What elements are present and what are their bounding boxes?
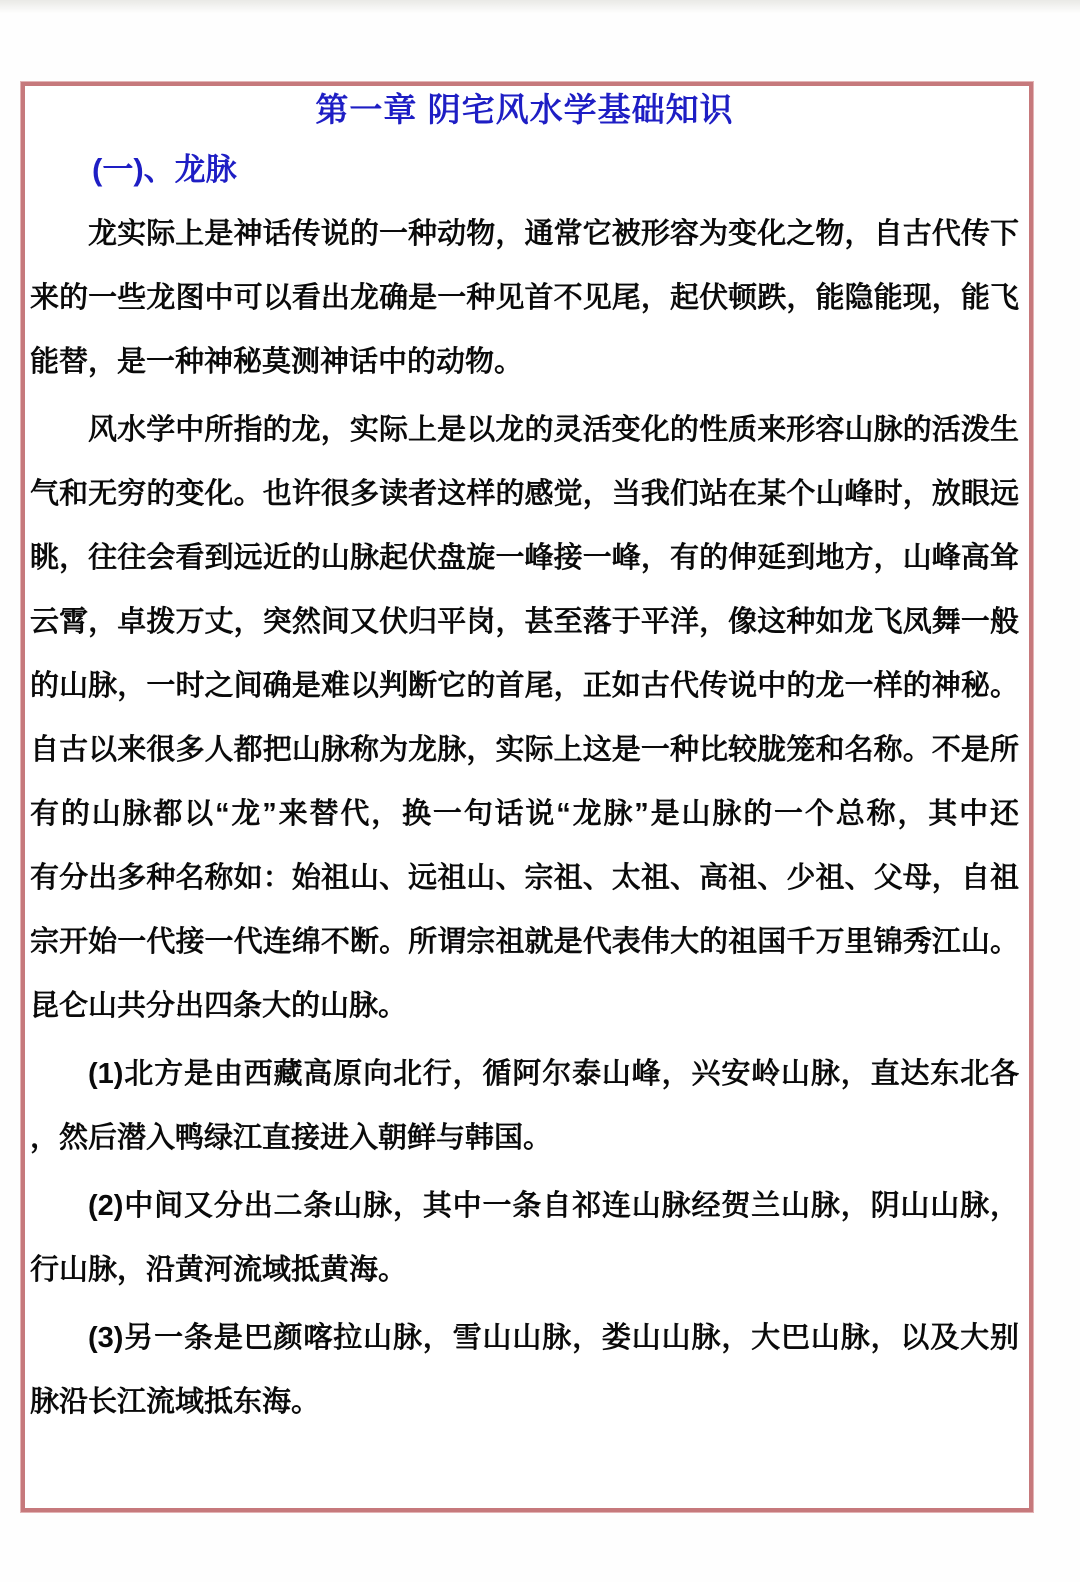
text-line: 风水学中所指的龙，实际上是以龙的灵活变化的性质来形容山脉的活泼生 xyxy=(30,398,1019,462)
text-line: 昆仑山共分出四条大的山脉。 xyxy=(30,974,1019,1038)
document-page: 第一章 阴宅风水学基础知识 (一)、龙脉 龙实际上是神话传说的一种动物，通常它被… xyxy=(0,0,1080,1582)
text-line: 有的山脉都以“龙”来替代，换一句话说“龙脉”是山脉的一个总称，其中还 xyxy=(30,782,1019,846)
page-top-shading xyxy=(0,0,1080,14)
text-line: 宗开始一代接一代连绵不断。所谓宗祖就是代表伟大的祖国千万里锦秀江山。 xyxy=(30,910,1019,974)
text-line: 有分出多种名称如：始祖山、远祖山、宗祖、太祖、高祖、少祖、父母，自祖 xyxy=(30,846,1019,910)
paragraph-dragon-intro: 龙实际上是神话传说的一种动物，通常它被形容为变化之物，自古代传下 来的一些龙图中… xyxy=(30,202,1019,394)
page-border: 第一章 阴宅风水学基础知识 (一)、龙脉 龙实际上是神话传说的一种动物，通常它被… xyxy=(21,82,1033,1512)
text-line: 眺，往往会看到远近的山脉起伏盘旋一峰接一峰，有的伸延到地方，山峰高耸 xyxy=(30,526,1019,590)
page-content: 第一章 阴宅风水学基础知识 (一)、龙脉 龙实际上是神话传说的一种动物，通常它被… xyxy=(25,86,1029,1508)
paragraph-north-range: (1)北方是由西藏高原向北行，循阿尔泰山峰，兴安岭山脉，直达东北各省 ，然后潜入… xyxy=(30,1042,1019,1170)
text-line: 行山脉，沿黄河流域抵黄海。 xyxy=(30,1238,1019,1302)
chapter-title: 第一章 阴宅风水学基础知识 xyxy=(30,86,1019,134)
text-line: 龙实际上是神话传说的一种动物，通常它被形容为变化之物，自古代传下 xyxy=(30,202,1019,266)
text-line: 来的一些龙图中可以看出龙确是一种见首不见尾，起伏顿跌，能隐能现，能飞 xyxy=(30,266,1019,330)
text-line: 自古以来很多人都把山脉称为龙脉，实际上这是一种比较胧笼和名称。不是所 xyxy=(30,718,1019,782)
paragraph-fengshui-dragon: 风水学中所指的龙，实际上是以龙的灵活变化的性质来形容山脉的活泼生 气和无穷的变化… xyxy=(30,398,1019,1038)
text-line: ，然后潜入鸭绿江直接进入朝鲜与韩国。 xyxy=(30,1106,1019,1170)
text-line: 的山脉，一时之间确是难以判断它的首尾，正如古代传说中的龙一样的神秘。 xyxy=(30,654,1019,718)
text-line: (2)中间又分出二条山脉，其中一条自祁连山脉经贺兰山脉，阴山山脉，太 xyxy=(30,1174,1019,1238)
text-line: 能替，是一种神秘莫测神话中的动物。 xyxy=(30,330,1019,394)
text-line: (1)北方是由西藏高原向北行，循阿尔泰山峰，兴安岭山脉，直达东北各省 xyxy=(30,1042,1019,1106)
text-line: 气和无穷的变化。也许很多读者这样的感觉，当我们站在某个山峰时，放眼远 xyxy=(30,462,1019,526)
text-line: (3)另一条是巴颜喀拉山脉，雪山山脉，娄山山脉，大巴山脉，以及大别山 xyxy=(30,1306,1019,1370)
text-line: 云霄，卓拨万丈，突然间又伏归平岗，甚至落于平洋，像这种如龙飞凤舞一般 xyxy=(30,590,1019,654)
section-heading: (一)、龙脉 xyxy=(30,138,1019,202)
text-line: 脉沿长江流域抵东海。 xyxy=(30,1370,1019,1434)
paragraph-middle-range: (2)中间又分出二条山脉，其中一条自祁连山脉经贺兰山脉，阴山山脉，太 行山脉，沿… xyxy=(30,1174,1019,1302)
paragraph-south-range: (3)另一条是巴颜喀拉山脉，雪山山脉，娄山山脉，大巴山脉，以及大别山 脉沿长江流… xyxy=(30,1306,1019,1434)
